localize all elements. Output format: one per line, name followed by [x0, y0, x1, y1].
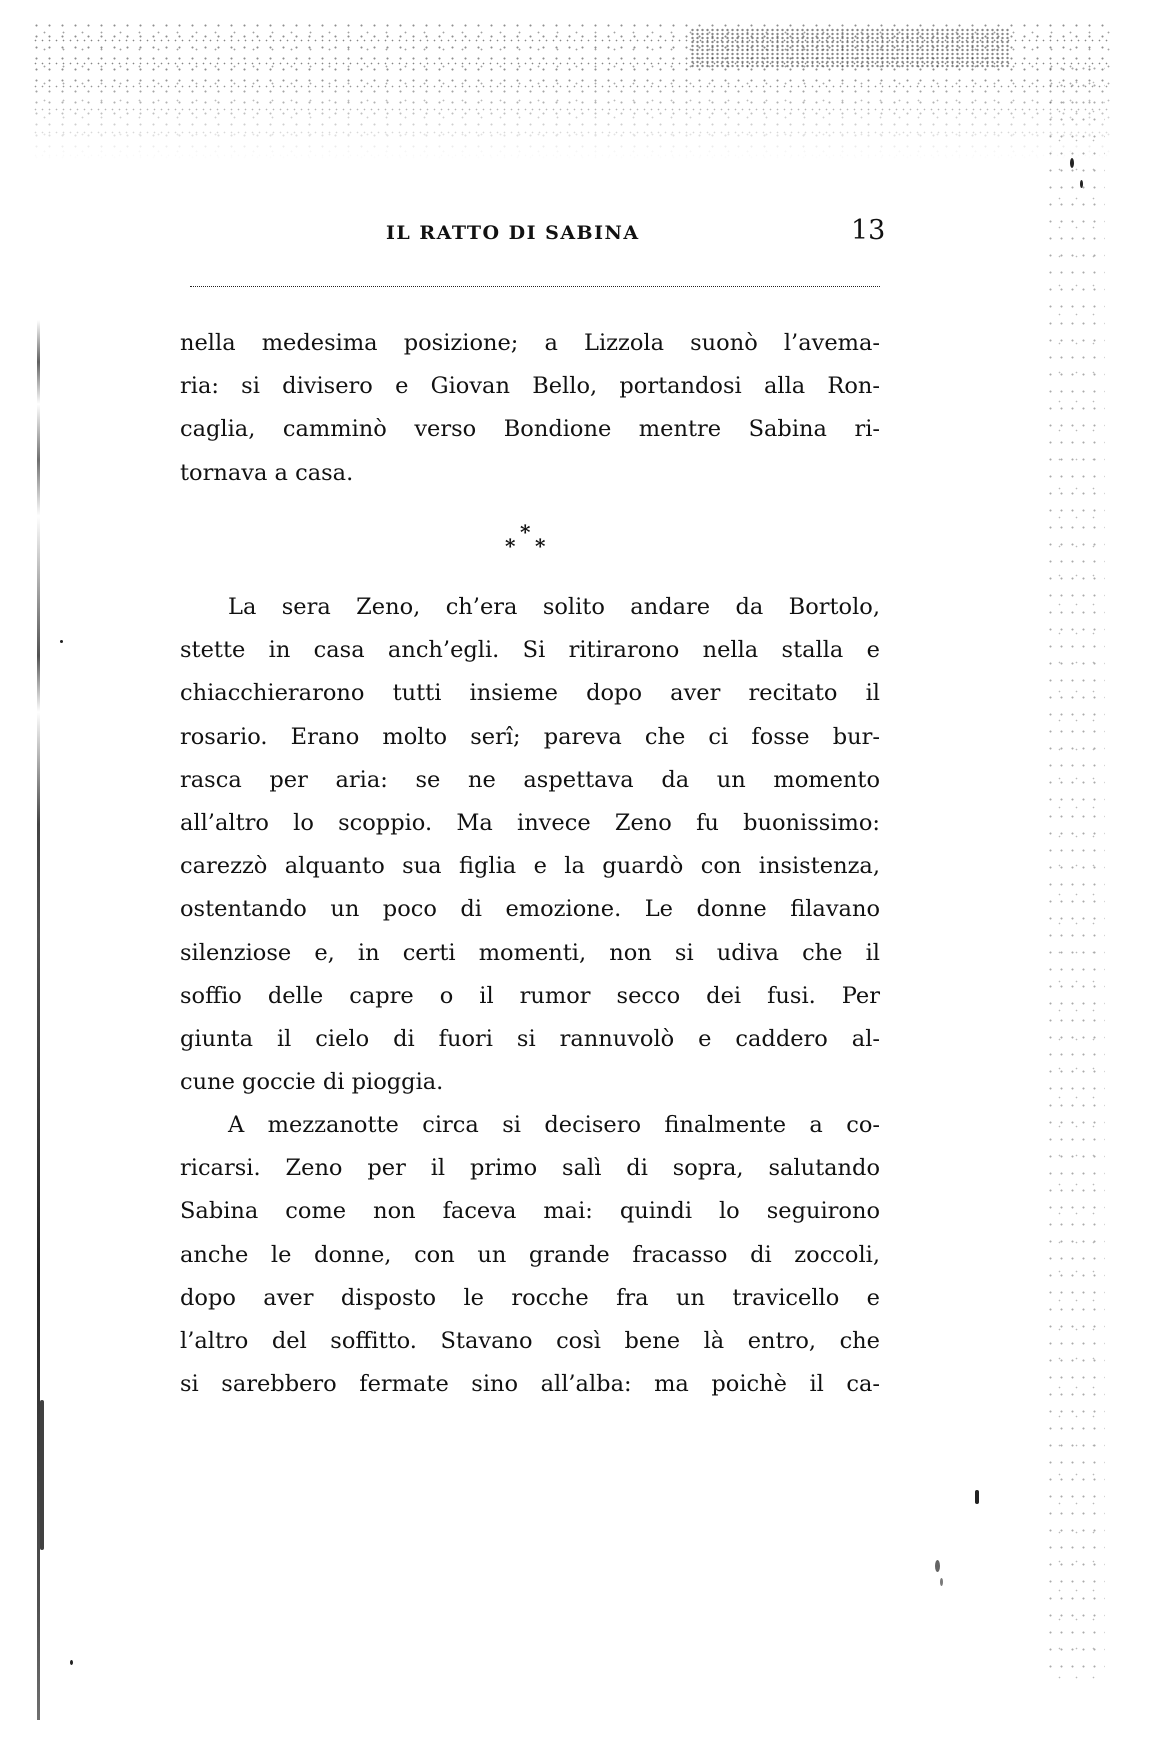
scan-speck	[935, 1560, 940, 1572]
asterism-section-break: * * *	[500, 522, 560, 562]
text-line: A mezzanotte circa si decisero finalment…	[180, 1104, 880, 1147]
text-line: carezzò alquanto sua figlia e la guardò …	[180, 845, 880, 888]
paragraph-3: A mezzanotte circa si decisero finalment…	[180, 1104, 880, 1406]
header-dotted-rule	[190, 286, 880, 287]
text-line: silenziose e, in certi momenti, non si u…	[180, 932, 880, 975]
text-line: l’altro del soffitto. Stavano così bene …	[180, 1320, 880, 1363]
paragraph-1: nella medesima posizione; a Lizzola suon…	[180, 322, 880, 495]
text-line: ricarsi. Zeno per il primo salì di sopra…	[180, 1147, 880, 1190]
running-head: IL RATTO DI SABINA	[386, 222, 640, 244]
text-line: rosario. Erano molto serî; pareva che ci…	[180, 716, 880, 759]
text-line: tornava a casa.	[180, 452, 880, 495]
asterisk-icon: *	[505, 536, 515, 556]
text-line: giunta il cielo di fuori si rannuvolò e …	[180, 1018, 880, 1061]
text-line: soffio delle capre o il rumor secco dei …	[180, 975, 880, 1018]
text-line: rasca per aria: se ne aspettava da un mo…	[180, 759, 880, 802]
text-line: caglia, camminò verso Bondione mentre Sa…	[180, 408, 880, 451]
asterisk-icon: *	[535, 536, 545, 556]
text-line: si sarebbero fermate sino all’alba: ma p…	[180, 1363, 880, 1406]
scan-speck	[1070, 158, 1074, 168]
paragraph-2: La sera Zeno, ch’era solito andare da Bo…	[180, 586, 880, 1104]
scan-speck	[975, 1490, 979, 1504]
text-line: all’altro lo scoppio. Ma invece Zeno fu …	[180, 802, 880, 845]
scan-speck	[60, 640, 63, 643]
scan-speck	[1080, 180, 1083, 188]
text-line: Sabina come non faceva mai: quindi lo se…	[180, 1190, 880, 1233]
page-number: 13	[851, 215, 885, 246]
scan-binding-edge-dark	[40, 1400, 44, 1550]
scan-speck	[70, 1660, 73, 1665]
text-line: stette in casa anch’egli. Si ritirarono …	[180, 629, 880, 672]
scan-noise-top-right	[690, 28, 1010, 68]
text-line: nella medesima posizione; a Lizzola suon…	[180, 322, 880, 365]
scan-noise-right-margin	[1045, 60, 1105, 1680]
text-line: chiacchierarono tutti insieme dopo aver …	[180, 672, 880, 715]
text-line: ostentando un poco di emozione. Le donne…	[180, 888, 880, 931]
text-line: ria: si divisero e Giovan Bello, portand…	[180, 365, 880, 408]
text-line: anche le donne, con un grande fracasso d…	[180, 1234, 880, 1277]
text-line: dopo aver disposto le rocche fra un trav…	[180, 1277, 880, 1320]
text-line: La sera Zeno, ch’era solito andare da Bo…	[180, 586, 880, 629]
text-line: cune goccie di pioggia.	[180, 1061, 880, 1104]
scan-speck	[940, 1578, 943, 1586]
asterisk-icon: *	[520, 522, 530, 542]
